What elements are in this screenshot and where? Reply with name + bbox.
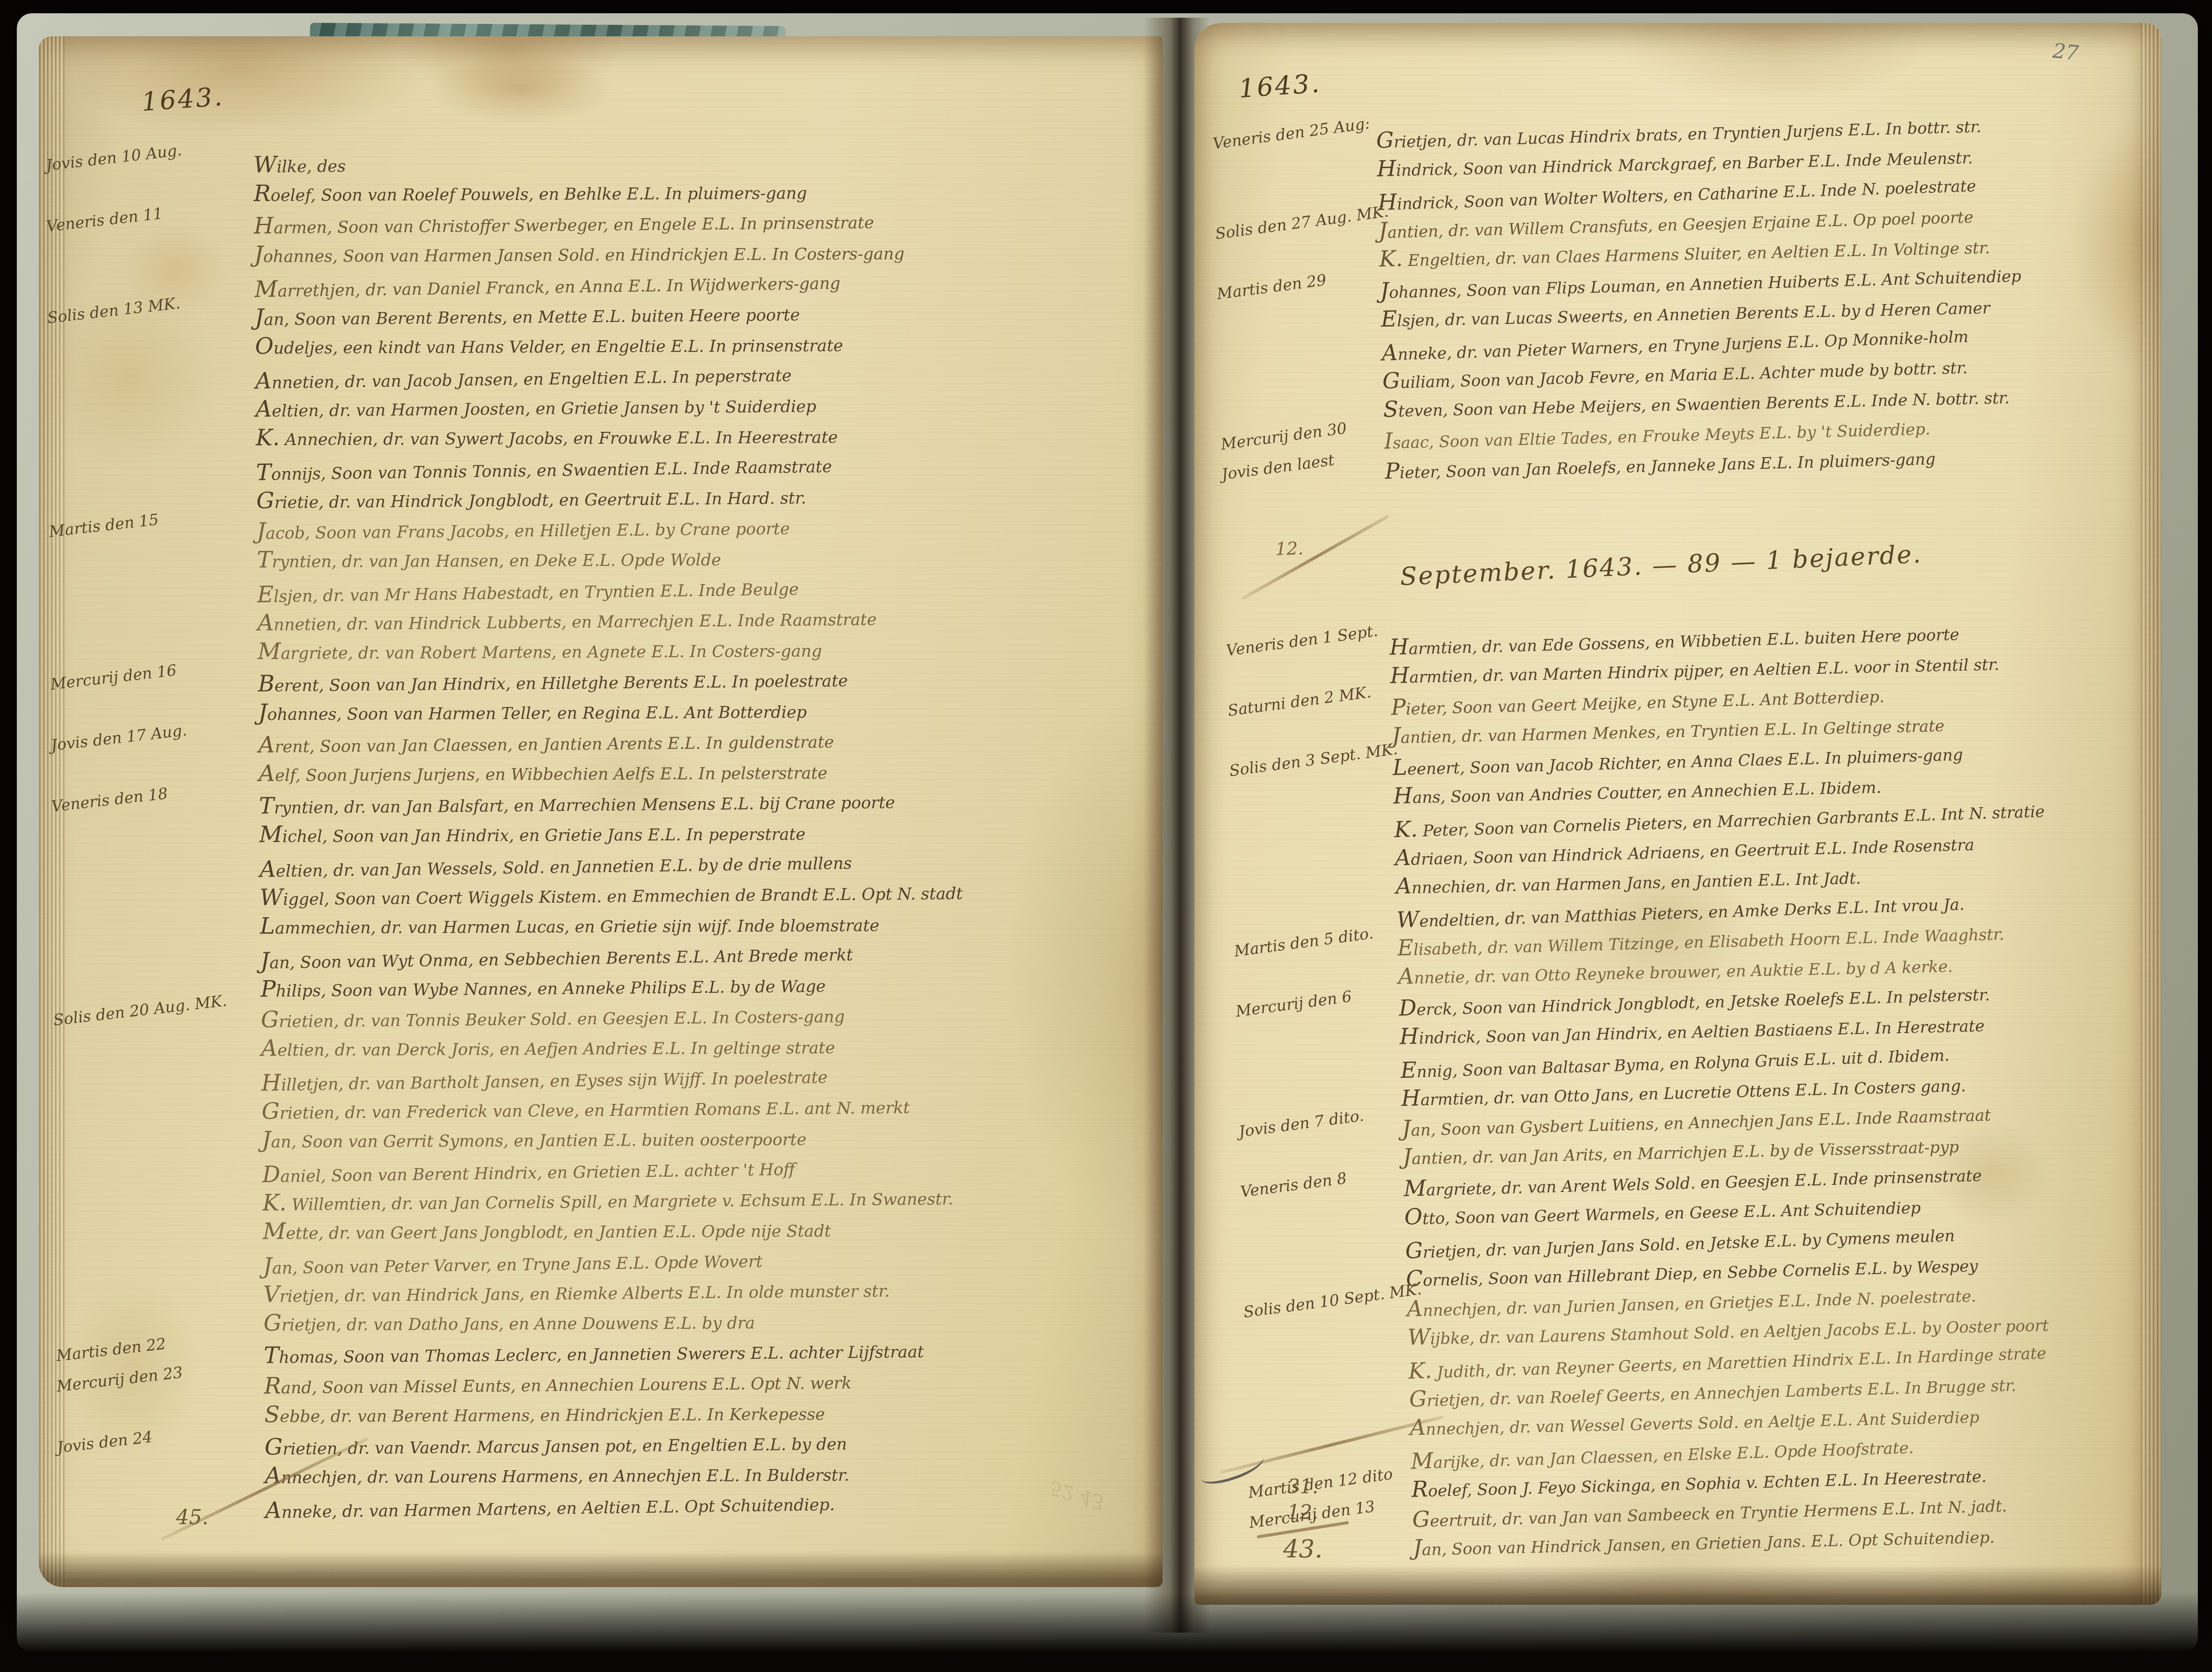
sum-total: 43. — [1256, 1534, 1349, 1565]
right-page-entries-september: Veneris den 1 Sept.Harmtien, dr. van Ede… — [1225, 613, 2161, 1570]
entry-lines: Berent, Soon van Jan Hindrix, en Hilletg… — [258, 662, 1156, 731]
left-page-entries: Jovis den 10 Aug.Wilke, desRoelef, Soon … — [44, 143, 1163, 1526]
register-entry: Veneris den 18Tryntien, dr. van Jan Bals… — [50, 784, 1159, 1007]
entry-lines: Jan, Soon van Berent Berents, en Mette E… — [254, 296, 1154, 517]
entry-lines: Margriete, dr. van Arent Wels Sold. en G… — [1403, 1154, 2161, 1295]
stain — [428, 54, 614, 125]
left-page-tally: 45. — [176, 1505, 208, 1529]
register-entry: Mercurij den 13Geertruit, dr. van Jan va… — [1248, 1485, 2161, 1570]
entry-line: Wilke, des — [253, 143, 1152, 181]
entry-lines: Arent, Soon van Jan Claessen, en Jantien… — [258, 723, 1157, 792]
manuscript-scan: 1643. Jovis den 10 Aug.Wilke, desRoelef,… — [0, 0, 2212, 1672]
september-heading-block: 12. September. 1643. — 89 — 1 bejaerde. — [1221, 467, 2161, 638]
right-page-content: Veneris den 25 Aug:Grietjen, dr. van Luc… — [1211, 106, 2161, 1570]
year-heading-right: 1643. — [1238, 68, 1322, 104]
tally-value: 12. — [1275, 538, 1304, 560]
entry-line: Johannes, Soon van Harmen Teller, en Reg… — [258, 695, 1156, 729]
register-entry: Veneris den 8Margriete, dr. van Arent We… — [1239, 1154, 2161, 1299]
register-entry: Solis den 20 Aug. MK.Grietien, dr. van T… — [52, 998, 1162, 1343]
entry-lines: Wilke, desRoelef, Soon van Roelef Pouwel… — [253, 143, 1152, 212]
entry-date-label: Veneris den 25 Aug: — [1211, 109, 1377, 153]
entry-lines: Derck, Soon van Hindrick Jongblodt, en J… — [1398, 974, 2161, 1115]
register-entry: Martis den 29Johannes, Soon van Flips Lo… — [1215, 257, 2161, 432]
entry-lines: Johannes, Soon van Flips Louman, en Anne… — [1380, 257, 2161, 427]
month-heading: September. 1643. — 89 — 1 bejaerde. — [1399, 540, 1923, 591]
entry-lines: Jacob, Soon van Frans Jacobs, en Hilletj… — [257, 509, 1156, 670]
entry-lines: Annechjen, dr. van Jurien Jansen, en Gri… — [1406, 1275, 2161, 1476]
right-page-entries-august: Veneris den 25 Aug:Grietjen, dr. van Luc… — [1211, 106, 2161, 492]
right-page: 27 1643. Veneris den 25 Aug:Grietjen, dr… — [1194, 23, 2161, 1605]
page-number: 27 — [2051, 38, 2080, 65]
entry-date-label: Jovis den 10 Aug. — [44, 129, 254, 175]
entry-lines: Rand, Soon van Missel Eunts, en Annechie… — [264, 1364, 1163, 1433]
entry-line: Sebbe, dr. van Berent Harmens, en Hindri… — [264, 1396, 1162, 1431]
entry-lines: Grietien, dr. van Vaendr. Marcus Jansen … — [265, 1425, 1163, 1525]
sum-block: 31. 12. 43. — [1256, 1474, 1349, 1565]
left-page: 1643. Jovis den 10 Aug.Wilke, desRoelef,… — [39, 36, 1163, 1587]
sum-addend-bottom: 12. — [1256, 1500, 1349, 1526]
register-entry: Mercurij den 6Derck, Soon van Hindrick J… — [1234, 974, 2161, 1119]
entry-line: Grietjen, dr. van Datho Jans, en Anne Do… — [263, 1305, 1161, 1339]
entry-lines: Tryntien, dr. van Jan Balsfart, en Marre… — [259, 784, 1159, 1006]
tally-slash — [1241, 515, 1389, 600]
entry-line: Aelf, Soon Jurjens Jurjens, en Wibbechie… — [259, 756, 1157, 790]
entry-lines: Leenert, Soon van Jacob Richter, en Anna… — [1392, 734, 2161, 934]
register-entry: Solis den 10 Sept. MK.Annechjen, dr. van… — [1242, 1275, 2161, 1480]
entry-lines: Grietien, dr. van Tonnis Beuker Sold. en… — [261, 998, 1162, 1341]
register-entry: Solis den 13 MK.Jan, Soon van Berent Ber… — [46, 296, 1155, 519]
register-entry: Solis den 3 Sept. MK.Leenert, Soon van J… — [1228, 734, 2161, 939]
year-heading-left: 1643. — [141, 81, 225, 117]
entry-lines: Harmen, Soon van Christoffer Swerbeger, … — [254, 204, 1153, 304]
entry-line: Roelef, Soon van Roelef Pouwels, en Behl… — [253, 176, 1152, 210]
bottom-shadow — [0, 1592, 2212, 1672]
register-entry: Martis den 15Jacob, Soon van Frans Jacob… — [48, 509, 1156, 672]
entry-line: Margriete, dr. van Robert Martens, en Ag… — [257, 634, 1156, 668]
sum-addend-top: 31. — [1256, 1474, 1349, 1500]
